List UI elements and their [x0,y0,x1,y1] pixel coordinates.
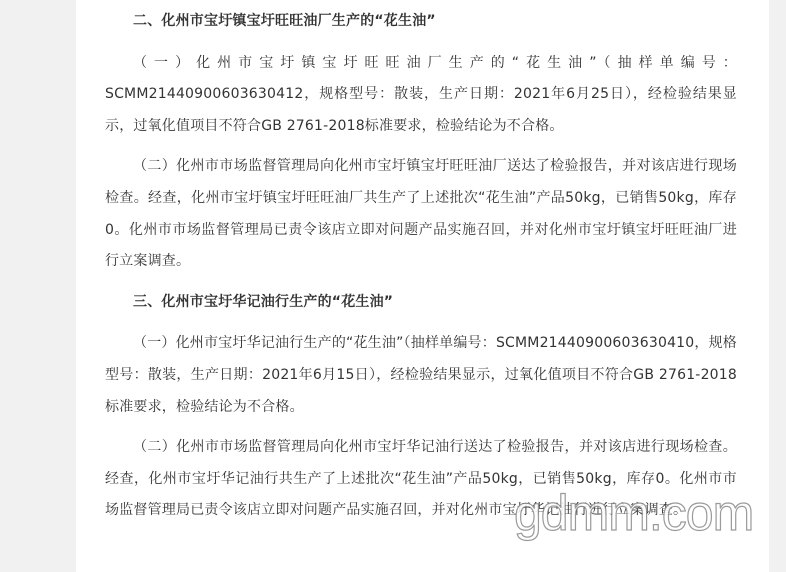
paragraph-3-1: （一）化州市宝圩华记油行生产的“花生油”（抽样单编号：SCMM214409006… [105,328,737,423]
page-content: 二、化州市宝圩镇宝圩旺旺油厂生产的“花生油” （一）化州市宝圩镇宝圩旺旺油厂生产… [76,0,769,572]
section-heading-3: 三、化州市宝圩华记油行生产的“花生油” [105,287,737,319]
paragraph-2-2: （二）化州市市场监督管理局向化州市宝圩镇宝圩旺旺油厂送达了检验报告，并对该店进行… [105,151,737,277]
paragraph-2-1: （一）化州市宝圩镇宝圩旺旺油厂生产的“花生油”（抽样单编号：SCMM214409… [105,48,737,143]
article-body: 二、化州市宝圩镇宝圩旺旺油厂生产的“花生油” （一）化州市宝圩镇宝圩旺旺油厂生产… [105,6,737,536]
paragraph-3-2: （二）化州市市场监督管理局向化州市宝圩华记油行送达了检验报告，并对该店进行现场检… [105,432,737,527]
section-heading-2: 二、化州市宝圩镇宝圩旺旺油厂生产的“花生油” [105,6,737,38]
